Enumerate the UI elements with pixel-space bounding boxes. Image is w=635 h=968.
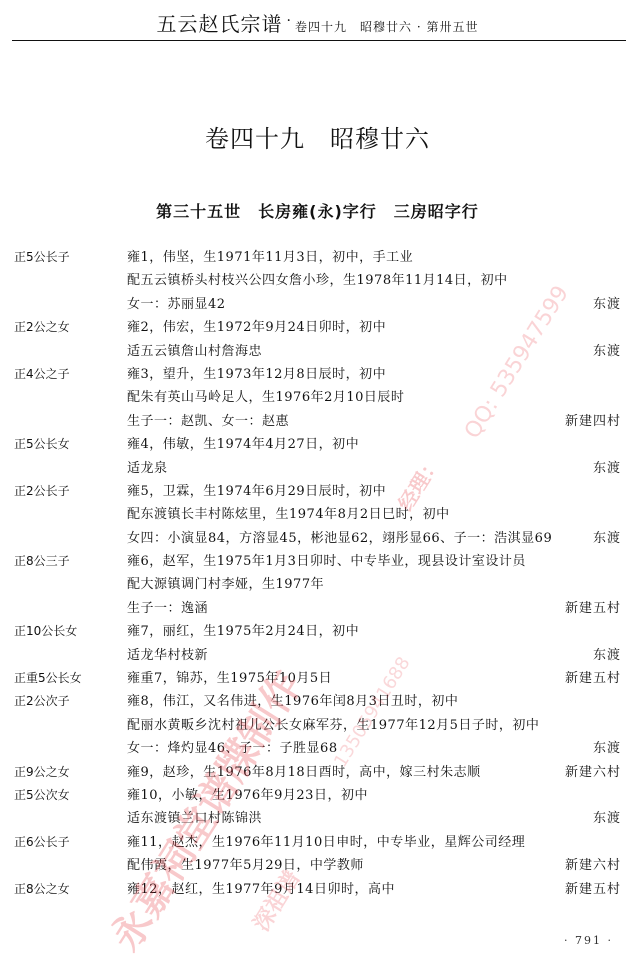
- entry-row: 正5公长子雍1，伟坚，生1971年11月3日，初中，手工业: [0, 246, 635, 269]
- entry-place: 新建六村: [565, 761, 621, 784]
- entry-text: 雍重7，锦苏，生1975年10月5日: [127, 667, 332, 690]
- entry-text: 适龙泉: [127, 457, 168, 480]
- entry-place: 东渡: [593, 644, 621, 667]
- entry-place: 新建五村: [565, 878, 621, 901]
- entry-text: 雍6，赵军，生1975年1月3日卯时、中专毕业，现县设计室设计员: [127, 550, 526, 573]
- entry-row: 女四：小演显84，方溶显45，彬池显62，翊彤显66、子一：浩淇显69东渡: [0, 527, 635, 550]
- volume-title: 卷四十九 昭穆廿六: [0, 119, 635, 154]
- page-number: · 791 ·: [564, 934, 613, 947]
- entry-place: 新建五村: [565, 667, 621, 690]
- entry-lineage: 正2公长子: [14, 480, 70, 503]
- header-section: 卷四十九 昭穆廿六 · 第卅五世: [295, 20, 478, 34]
- header-rule: [12, 40, 626, 41]
- entry-place: 东渡: [593, 737, 621, 760]
- entry-text: 雍8，伟江，又名伟进，生1976年闰8月3日丑时，初中: [127, 690, 458, 713]
- entry-text: 雍3，望升，生1973年12月8日辰时，初中: [127, 363, 386, 386]
- running-header: 五云赵氏宗谱·卷四十九 昭穆廿六 · 第卅五世: [0, 8, 635, 37]
- entry-text: 雍11，赵杰，生1976年11月10日申时，中专毕业，星辉公司经理: [127, 831, 525, 854]
- entry-lineage: 正8公三子: [14, 550, 70, 573]
- entry-lineage: 正5公次女: [14, 784, 70, 807]
- entry-text: 配东渡镇长丰村陈炫里，生1974年8月2日巳时，初中: [127, 503, 450, 526]
- entry-lineage: 正2公之女: [14, 316, 70, 339]
- entry-row: 正2公次子雍8，伟江，又名伟进，生1976年闰8月3日丑时，初中: [0, 690, 635, 713]
- entry-place: 新建五村: [565, 597, 621, 620]
- entry-text: 雍4，伟敏，生1974年4月27日，初中: [127, 433, 359, 456]
- entry-row: 生子一：赵凯、女一：赵惠新建四村: [0, 410, 635, 433]
- entry-row: 配东渡镇长丰村陈炫里，生1974年8月2日巳时，初中: [0, 503, 635, 526]
- entry-lineage: 正重5公长女: [14, 667, 82, 690]
- entry-lineage: 正9公之女: [14, 761, 70, 784]
- entry-row: 女一：苏丽显42东渡: [0, 293, 635, 316]
- entry-lineage: 正10公长女: [14, 620, 77, 643]
- entry-place: 东渡: [593, 293, 621, 316]
- entry-text: 雍9，赵珍，生1976年8月18日酉时，高中，嫁三村朱志顺: [127, 761, 481, 784]
- genealogy-entries: 正5公长子雍1，伟坚，生1971年11月3日，初中，手工业 配五云镇桥头村枝兴公…: [0, 246, 635, 901]
- entry-text: 配朱有英山马岭足人，生1976年2月10日辰时: [127, 386, 404, 409]
- entry-row: 正2公之女雍2，伟宏，生1972年9月24日卯时，初中: [0, 316, 635, 339]
- entry-row: 正重5公长女雍重7，锦苏，生1975年10月5日新建五村: [0, 667, 635, 690]
- entry-row: 正5公长女雍4，伟敏，生1974年4月27日，初中: [0, 433, 635, 456]
- entry-text: 生子一：逸涵: [127, 597, 208, 620]
- entry-row: 适龙华村枝新东渡: [0, 644, 635, 667]
- entry-text: 配大源镇调门村李娅，生1977年: [127, 573, 324, 596]
- entry-row: 配丽水黄畈乡沈村祖儿公长女麻军芬，生1977年12月5日子时，初中: [0, 714, 635, 737]
- entry-place: 东渡: [593, 807, 621, 830]
- entry-place: 东渡: [593, 457, 621, 480]
- entry-place: 新建四村: [565, 410, 621, 433]
- entry-text: 雍7，丽红，生1975年2月24日，初中: [127, 620, 359, 643]
- entry-lineage: 正6公长子: [14, 831, 70, 854]
- entry-row: 配大源镇调门村李娅，生1977年: [0, 573, 635, 596]
- entry-place: 东渡: [593, 340, 621, 363]
- entry-place: 东渡: [593, 527, 621, 550]
- entry-row: 生子一：逸涵新建五村: [0, 597, 635, 620]
- entry-row: 正8公之女雍12，赵红，生1977年9月14日卯时，高中新建五村: [0, 878, 635, 901]
- generation-title: 第三十五世 长房雍(永)字行 三房昭字行: [0, 199, 635, 222]
- entry-text: 配丽水黄畈乡沈村祖儿公长女麻军芬，生1977年12月5日子时，初中: [127, 714, 539, 737]
- entry-row: 配五云镇桥头村枝兴公四女詹小珍，生1978年11月14日，初中: [0, 269, 635, 292]
- entry-place: 新建六村: [565, 854, 621, 877]
- entry-text: 适龙华村枝新: [127, 644, 208, 667]
- entry-lineage: 正8公之女: [14, 878, 70, 901]
- entry-row: 正9公之女雍9，赵珍，生1976年8月18日酉时，高中，嫁三村朱志顺新建六村: [0, 761, 635, 784]
- entry-row: 配朱有英山马岭足人，生1976年2月10日辰时: [0, 386, 635, 409]
- entry-text: 女一：烽灼显46、子一：子胜显68: [127, 737, 338, 760]
- entry-row: 适东渡镇兰口村陈锦洪东渡: [0, 807, 635, 830]
- entry-row: 配伟霞，生1977年5月29日，中学教师新建六村: [0, 854, 635, 877]
- entry-row: 正4公之子雍3，望升，生1973年12月8日辰时，初中: [0, 363, 635, 386]
- entry-row: 正2公长子雍5，卫霖，生1974年6月29日辰时，初中: [0, 480, 635, 503]
- entry-text: 女一：苏丽显42: [127, 293, 226, 316]
- entry-text: 适东渡镇兰口村陈锦洪: [127, 807, 262, 830]
- entry-text: 雍10，小敏，生1976年9月23日，初中: [127, 784, 368, 807]
- entry-text: 雍12，赵红，生1977年9月14日卯时，高中: [127, 878, 395, 901]
- entry-row: 女一：烽灼显46、子一：子胜显68东渡: [0, 737, 635, 760]
- entry-row: 正6公长子雍11，赵杰，生1976年11月10日申时，中专毕业，星辉公司经理: [0, 831, 635, 854]
- entry-row: 正5公次女雍10，小敏，生1976年9月23日，初中: [0, 784, 635, 807]
- header-separator: ·: [287, 13, 291, 29]
- book-title: 五云赵氏宗谱: [157, 12, 283, 36]
- entry-row: 适龙泉东渡: [0, 457, 635, 480]
- entry-text: 雍2，伟宏，生1972年9月24日卯时，初中: [127, 316, 386, 339]
- entry-text: 配五云镇桥头村枝兴公四女詹小珍，生1978年11月14日，初中: [127, 269, 508, 292]
- entry-lineage: 正5公长子: [14, 246, 70, 269]
- entry-text: 女四：小演显84，方溶显45，彬池显62，翊彤显66、子一：浩淇显69: [127, 527, 552, 550]
- entry-row: 正8公三子雍6，赵军，生1975年1月3日卯时、中专毕业，现县设计室设计员: [0, 550, 635, 573]
- entry-lineage: 正2公次子: [14, 690, 70, 713]
- entry-text: 配伟霞，生1977年5月29日，中学教师: [127, 854, 364, 877]
- entry-row: 适五云镇詹山村詹海忠东渡: [0, 340, 635, 363]
- entry-lineage: 正4公之子: [14, 363, 70, 386]
- entry-text: 雍1，伟坚，生1971年11月3日，初中，手工业: [127, 246, 413, 269]
- entry-text: 适五云镇詹山村詹海忠: [127, 340, 262, 363]
- entry-row: 正10公长女雍7，丽红，生1975年2月24日，初中: [0, 620, 635, 643]
- entry-text: 生子一：赵凯、女一：赵惠: [127, 410, 289, 433]
- entry-text: 雍5，卫霖，生1974年6月29日辰时，初中: [127, 480, 386, 503]
- entry-lineage: 正5公长女: [14, 433, 70, 456]
